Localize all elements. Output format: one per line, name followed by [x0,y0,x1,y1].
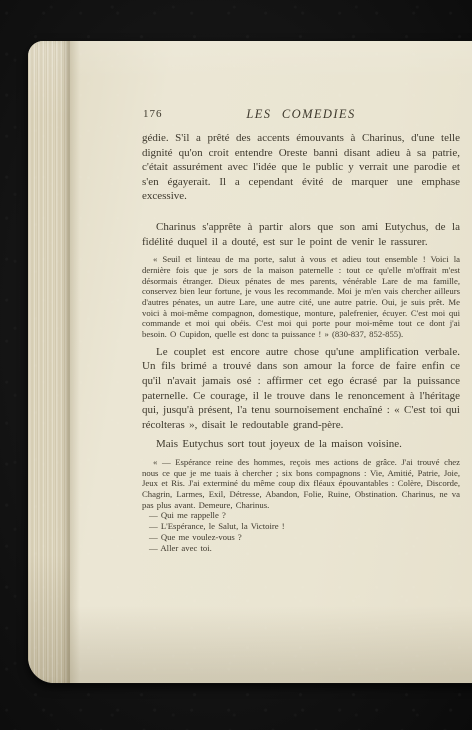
running-title: LES COMEDIES [142,107,460,122]
paragraph-eutychus: Mais Eutychus sort tout joyeux de la mai… [142,437,460,452]
dialogue-line: — Que me voulez-vous ? [142,532,460,543]
page-edge-stack [28,41,70,683]
page-text-block: 176 LES COMEDIES gédie. S'il a prêté des… [142,108,460,553]
paragraph-continuation: gédie. S'il a prêté des accents émouvant… [142,131,460,204]
paragraph-charinus: Charinus s'apprête à partir alors que so… [142,220,460,249]
dialogue-line: — L'Espérance, le Salut, la Victoire ! [142,521,460,532]
book-photo: 176 LES COMEDIES gédie. S'il a prêté des… [0,0,472,730]
paragraph-commentary: Le couplet est encore autre chose qu'une… [142,345,460,433]
blockquote-monologue: « Seuil et linteau de ma porte, salut à … [142,254,460,340]
dialogue-line: — Qui me rappelle ? [142,510,460,521]
dialogue-line: — Aller avec toi. [142,543,460,554]
blockquote-eutychus: « — Espérance reine des hommes, reçois m… [142,457,460,511]
page-header: 176 LES COMEDIES [142,108,460,124]
